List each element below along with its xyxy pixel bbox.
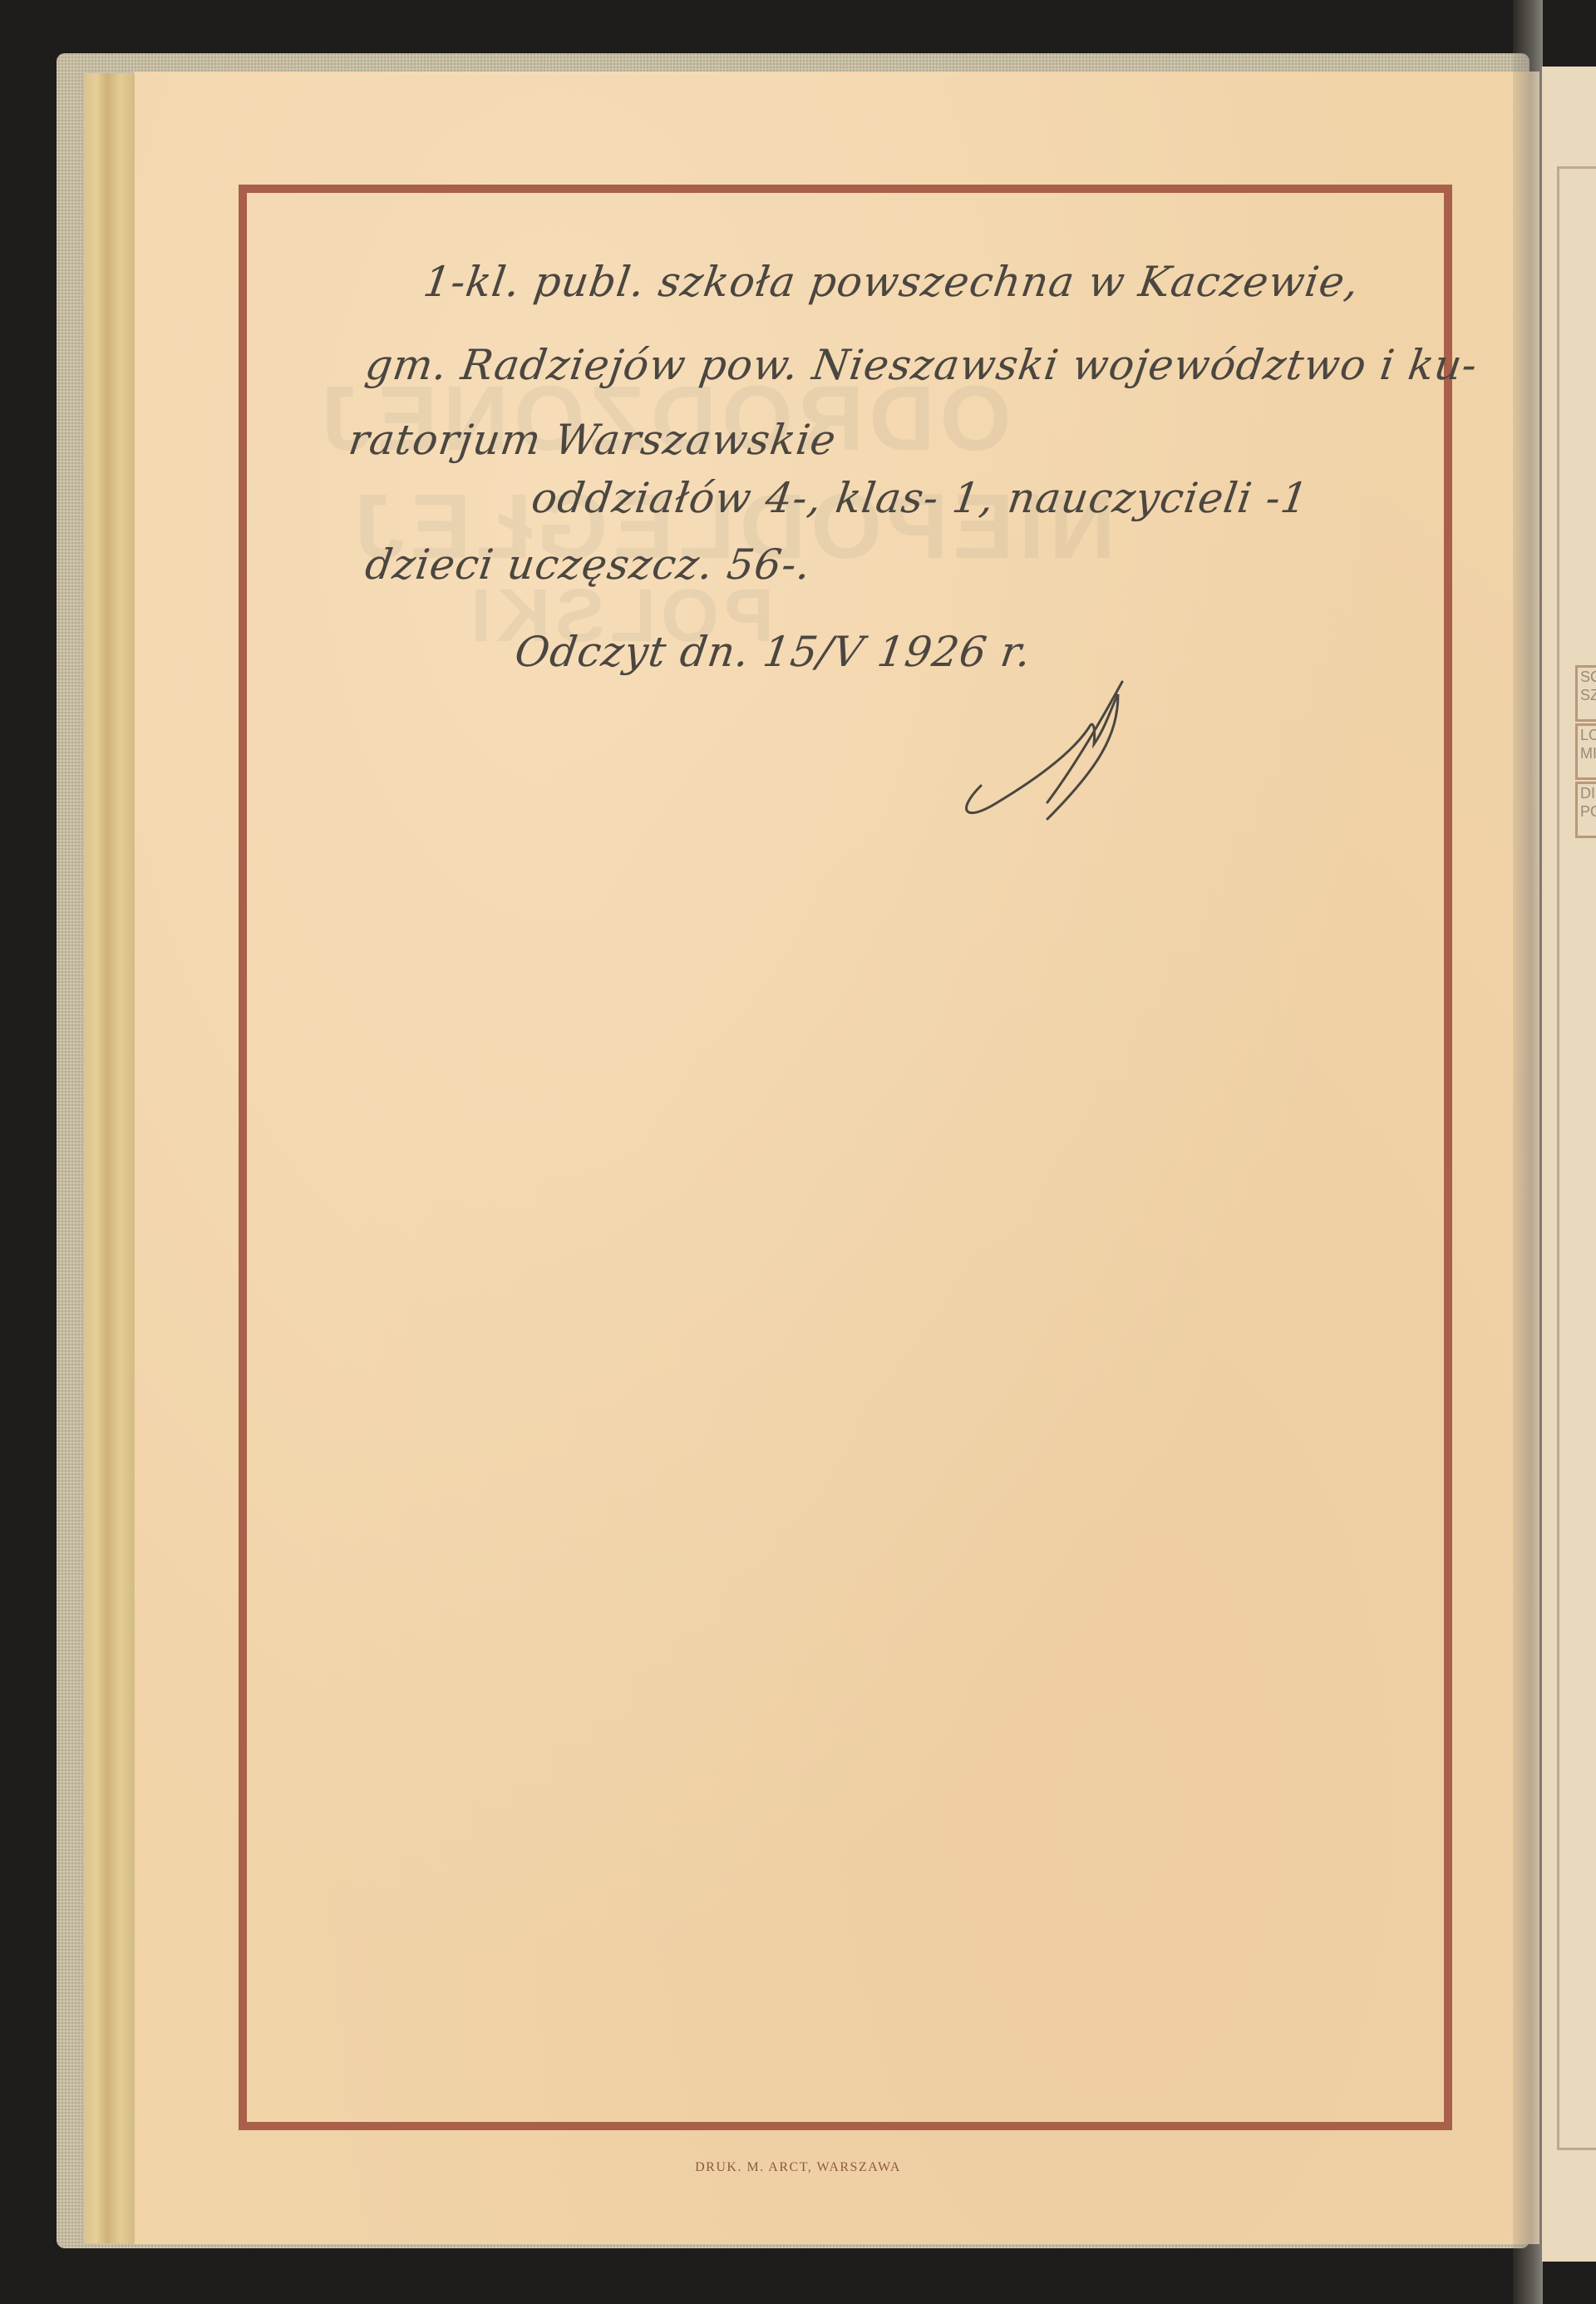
signature-icon	[948, 678, 1180, 827]
facing-label-district: DISTRICT POWIAT	[1575, 782, 1596, 838]
facing-label-school: SCHOOL SZKOŁA	[1575, 665, 1596, 722]
handwritten-line-1: 1-kl. publ. szkoła powszechna w Kaczewie…	[421, 258, 1362, 306]
handwritten-line-3: ratorjum Warszawskie	[346, 416, 840, 464]
handwritten-date: Odczyt dn. 15/V 1926 r.	[512, 628, 1035, 676]
handwritten-line-5: dzieci uczęszcz. 56-.	[362, 540, 815, 589]
printer-mark: DRUK. M. ARCT, WARSZAWA	[0, 2160, 1596, 2175]
book-gutter	[1513, 0, 1543, 2304]
handwritten-line-4: oddziałów 4-, klas- 1, nauczycieli -1	[529, 474, 1312, 522]
page-edges	[83, 73, 136, 2243]
facing-label-locality: LOCALITY MIEJSC.	[1575, 723, 1596, 780]
facing-page-frame	[1557, 166, 1596, 2150]
handwritten-line-2: gm. Radziejów pow. Nieszawski województw…	[362, 341, 1480, 389]
